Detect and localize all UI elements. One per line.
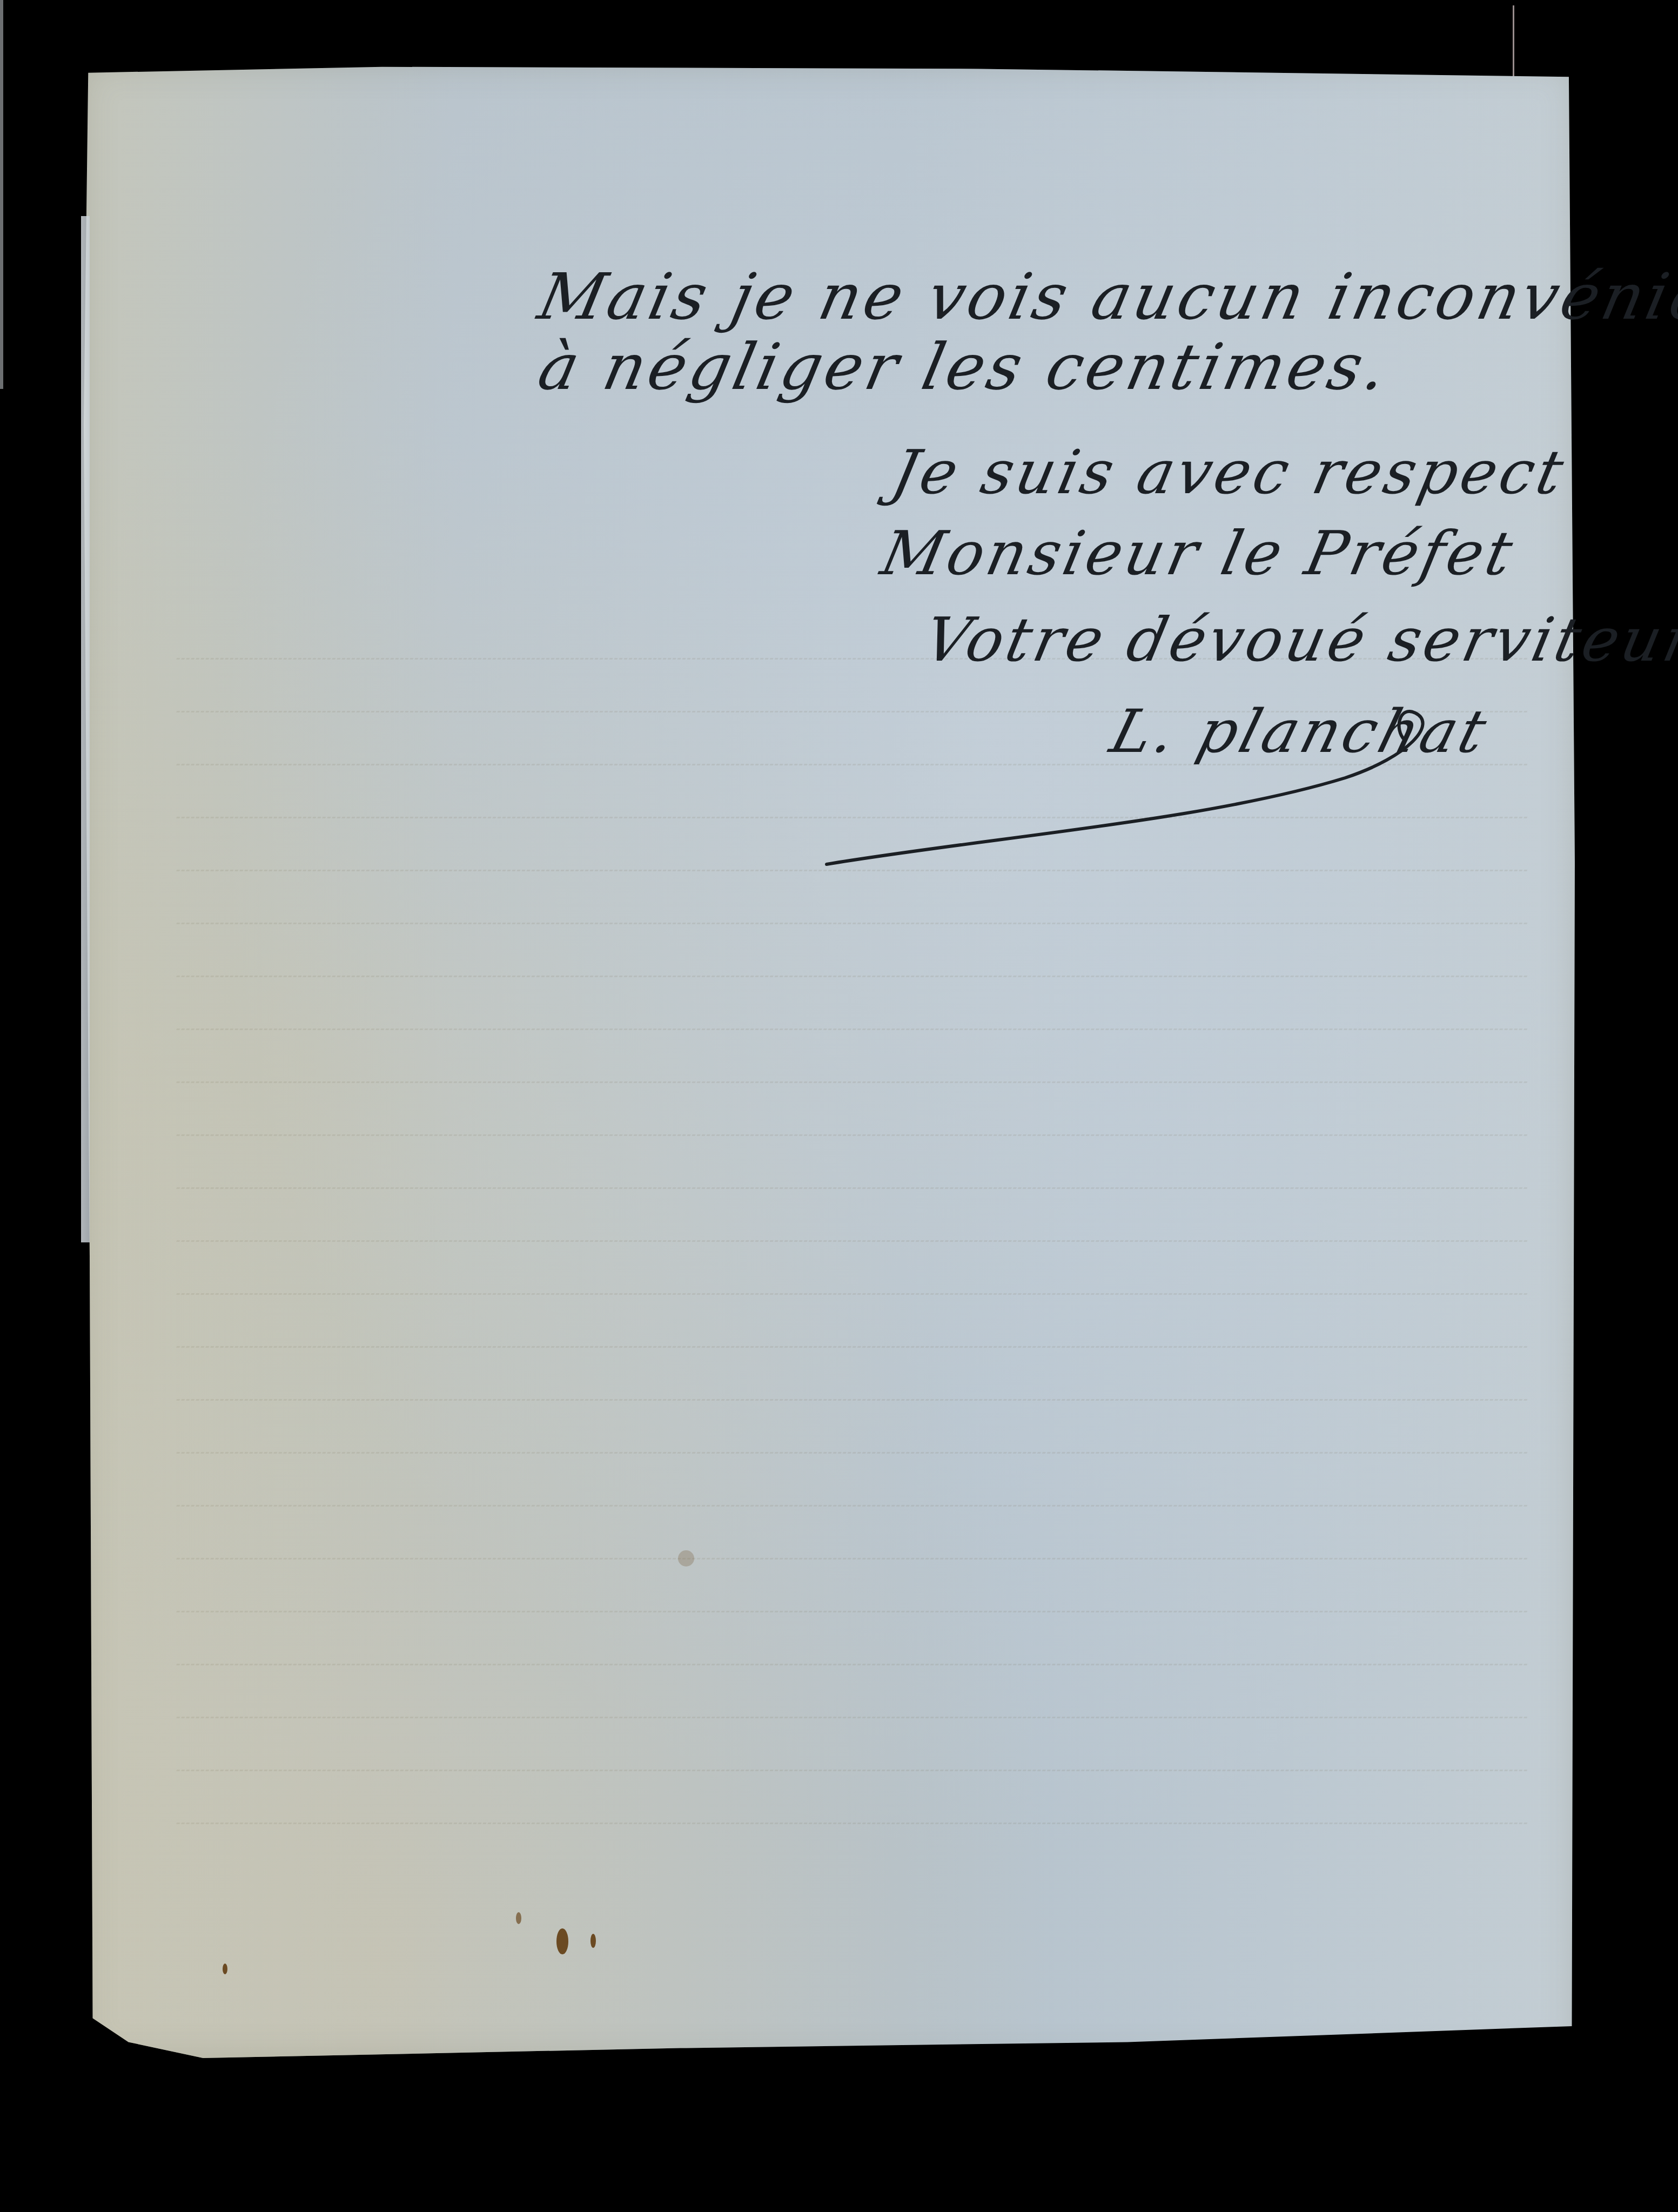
foxing-stain	[223, 1964, 227, 1974]
foxing-stain	[516, 1912, 521, 1924]
foxing-stain	[678, 1550, 694, 1566]
closing-line-3: Votre dévoué serviteur,	[918, 605, 1678, 675]
closing-line-2: Monsieur le Préfet	[875, 519, 1521, 589]
page-left-fold	[81, 216, 90, 1242]
underlying-strip	[1513, 5, 1514, 81]
foxing-stain	[590, 1934, 596, 1948]
body-line-2: à négliger les centimes.	[532, 330, 1397, 404]
signature-flourish	[827, 718, 1432, 880]
underlying-sheet-edge	[0, 0, 3, 389]
foxing-stain	[556, 1928, 568, 1954]
body-line-1: Mais je ne vois aucun inconvénient	[532, 259, 1678, 334]
closing-line-1: Je suis avec respect	[886, 438, 1573, 508]
